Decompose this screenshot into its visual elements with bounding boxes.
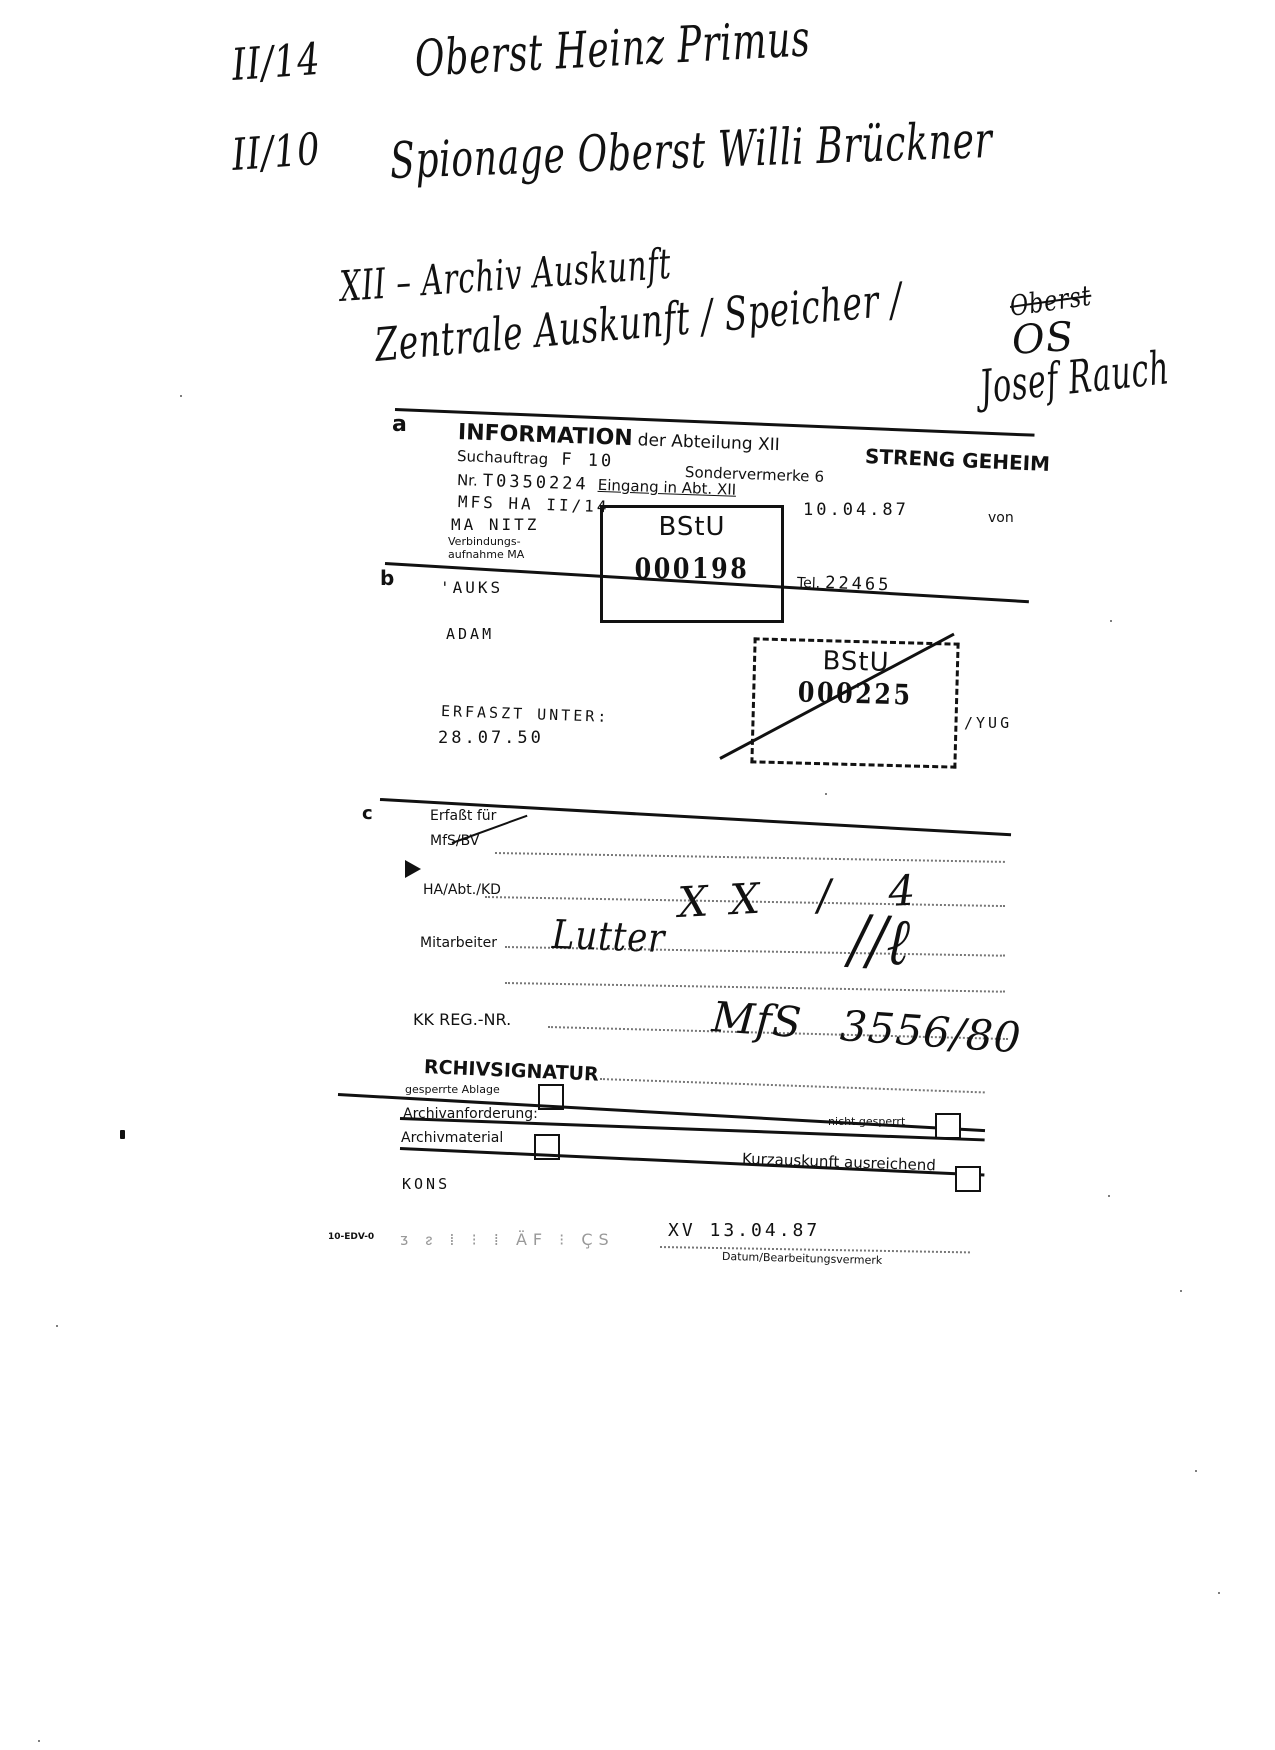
archivsignatur-field	[600, 1078, 985, 1093]
kurzauskunft-label: Kurzauskunft ausreichend	[742, 1150, 936, 1175]
verbindung-label-1: Verbindungs-	[448, 535, 521, 548]
erfasst-suffix: /YUG	[964, 714, 1012, 732]
form-code: 10-EDV-0	[328, 1232, 374, 1242]
section-b-marker: b	[380, 566, 394, 590]
erfasst-label: ERFASZT UNTER:	[441, 702, 610, 726]
tel-label: Tel.	[797, 575, 821, 592]
scan-speck	[1180, 1290, 1182, 1292]
requester: MFS HA II/14	[458, 492, 610, 516]
erfasst-date: 28.07.50	[438, 728, 544, 748]
nicht-gesperrt-checkbox[interactable]	[935, 1113, 961, 1139]
ma-line: MA NITZ	[451, 515, 539, 534]
processing-date-label: Datum/Bearbeitungsvermerk	[722, 1250, 883, 1267]
mitarbeiter-field-2	[505, 982, 1005, 993]
handwritten-name-2: Spionage Oberst Willi Brückner	[389, 111, 993, 190]
handwritten-name-1: Oberst Heinz Primus	[413, 9, 811, 88]
mitarbeiter-value: Lutter	[551, 912, 666, 962]
handwritten-signature-name: Josef Rauch	[977, 340, 1172, 414]
scan-speck	[1195, 1470, 1197, 1472]
scan-speck	[56, 1325, 58, 1327]
form-title-rest: der Abteilung XII	[637, 430, 780, 455]
eingang-date: 10.04.87	[803, 500, 909, 520]
suchauftrag-value: F 10	[561, 450, 615, 472]
surname: 'AUKS	[440, 578, 503, 597]
verbindung-label-2: aufnahme MA	[448, 548, 524, 561]
signature-initials: //ℓ	[847, 900, 912, 982]
handwritten-ref-1: II/14	[230, 34, 322, 91]
mfs-bv-field	[495, 852, 1005, 863]
von-label: von	[988, 510, 1014, 526]
kurzauskunft-checkbox[interactable]	[955, 1166, 981, 1192]
archivsignatur-label: RCHIVSIGNATUR	[424, 1056, 600, 1086]
bstu-stamp-1-org: BStU	[603, 512, 781, 542]
handwritten-ref-2: II/10	[230, 124, 322, 181]
section-c-marker: c	[362, 803, 373, 824]
scan-speck	[38, 1740, 40, 1742]
suchauftrag-row: Suchauftrag F 10	[457, 446, 615, 471]
scan-speck	[1108, 1195, 1110, 1197]
suchauftrag-label: Suchauftrag	[457, 447, 549, 468]
tel-value: 22465	[825, 573, 892, 595]
erfasst-fuer-label: Erfaßt für	[430, 808, 496, 824]
classification-label: STRENG GEHEIM	[865, 444, 1051, 476]
scan-speck	[1218, 1592, 1220, 1594]
firstname: ADAM	[446, 625, 494, 643]
bstu-stamp-2: BStU 000225	[750, 637, 959, 768]
mitarbeiter-label: Mitarbeiter	[420, 935, 497, 951]
bstu-stamp-1: BStU 000198	[600, 505, 784, 623]
kk-reg-value: MfS 3556/80	[710, 992, 1023, 1063]
kk-reg-label: KK REG.-NR.	[413, 1010, 511, 1029]
scan-speck	[180, 395, 182, 397]
archivmaterial-label: Archivmaterial	[401, 1130, 503, 1146]
gesperrte-ablage-label: gesperrte Ablage	[405, 1083, 500, 1096]
processing-date: XV 13.04.87	[668, 1220, 820, 1241]
scan-speck	[120, 1130, 125, 1139]
nr-label: Nr.	[457, 471, 478, 490]
scan-speck	[825, 793, 827, 795]
kons-label: KONS	[402, 1175, 450, 1193]
section-a-marker: a	[392, 412, 407, 437]
tel-row: Tel. 22465	[797, 572, 892, 595]
scan-speck	[1110, 620, 1112, 622]
nicht-gesperrt-label: nicht gesperrt	[828, 1115, 905, 1128]
faded-stamp-text: ᴣ ᴤ ⁞ ⁝ ⁞ ÄF ⁝ ÇS	[400, 1230, 615, 1250]
sondervermerke-value: 6	[814, 468, 824, 486]
pointer-triangle-icon	[405, 860, 421, 878]
bstu-stamp-2-number: 000225	[770, 675, 941, 712]
nr-value: T0350224	[483, 471, 590, 495]
eingang-label: Eingang in Abt. XII	[597, 476, 736, 499]
